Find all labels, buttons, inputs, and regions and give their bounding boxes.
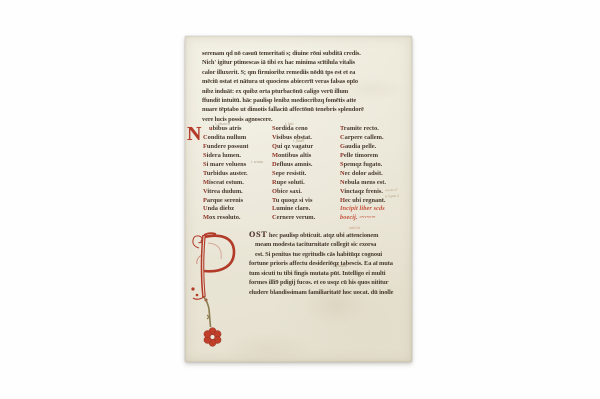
margin-note: vincta al' <box>385 188 398 193</box>
verse-line: Unda diebz <box>203 205 269 214</box>
rubric-incipit-line2: boecij. ·~·~·~ <box>340 214 412 223</box>
verse-line: Fundere possunt <box>203 143 269 152</box>
verse-line: Montibus altis <box>272 152 338 161</box>
rubric-incipit-line1: Incipit liber scds <box>340 205 412 214</box>
verse-line: Hec ubi regnant. <box>340 197 412 206</box>
prose-line: Nich' igitur ptimescas iā tibi ex hac mi… <box>202 58 400 67</box>
verse-line: Gaudia pelle. <box>340 143 412 152</box>
prose-line: vere lucis possis agnoscere. <box>202 115 400 124</box>
interlinear-gloss: i. obscuris <box>215 122 230 126</box>
interlinear-gloss: i. fluui9 <box>293 139 304 143</box>
book2-line: OST hec paulisp obticuit. atqz ubi atten… <box>249 231 400 240</box>
verse-line: ubibus atris <box>203 125 269 134</box>
verse-line: Defluus amnis. <box>272 161 338 170</box>
verse-line: Condita nullum <box>203 134 269 143</box>
verse-line: Qui qz vagatur <box>272 143 338 152</box>
verse-line: Visibus obstat. <box>272 134 338 143</box>
margin-note: et ligata q̄ <box>385 194 399 199</box>
verse-line: Carpere callem. <box>340 134 412 143</box>
interlinear-gloss: i. ventus <box>251 160 263 164</box>
verse-line: Cernere verum. <box>272 214 338 223</box>
verse-line: Lumine claro. <box>272 205 338 214</box>
verse-column-3: Tramite recto. Carpere callem. Gaudia pe… <box>340 125 412 223</box>
verse-line: Turbidus auster. <box>203 170 269 179</box>
book2-line: tum sicuti tu tibi fingis mutata pūt. In… <box>249 269 400 278</box>
verse-line: Vitrea dudum. <box>203 188 269 197</box>
prose-line: ffundit intuitū. hāc paulisp lenibz medi… <box>202 96 400 105</box>
verse-line: Pelle timorem <box>340 152 412 161</box>
photo-background: serenam qd nō casuū temeritati s; diuine… <box>0 0 600 399</box>
verse-line: Nebula mens est. <box>340 179 412 188</box>
book2-line: formes illi9 pdigij fucos. et eo usqz cū… <box>249 278 400 287</box>
book2-line: eludere blandissimam familiaritatē hoc u… <box>249 288 400 297</box>
book2-line: est. Si penitus tue egritudīs cās habitū… <box>255 250 400 259</box>
verse-line: Tramite recto. <box>340 125 412 134</box>
prose-line: calor illuxerit. S; qm firmioribz remedi… <box>202 68 400 77</box>
interlinear-gloss: i. luto <box>285 122 293 126</box>
verse-line: Tu quoqz si vis <box>272 197 338 206</box>
verse-line: Vinctaqz frenis. <box>340 188 412 197</box>
verse-line: Obice saxi. <box>272 188 338 197</box>
display-capitals: OST <box>249 230 267 239</box>
prose-line: nibz induāt: ex quibz orta pturbacōnū ca… <box>202 87 400 96</box>
prose-line: mēciū ostat et nātura ut quociens abiece… <box>202 77 400 86</box>
verse-line: Spemqz fugato. <box>340 161 412 170</box>
manuscript-leaf: serenam qd nō casuū temeritati s; diuine… <box>185 36 412 362</box>
verse-line: Mox resoluto. <box>203 214 269 223</box>
book2-line: fortune prioris affectu desideriōqz tabe… <box>249 259 400 268</box>
book2-paragraph: OST hec paulisp obticuit. atqz ubi atten… <box>202 231 400 297</box>
verse-line: Parque serenis <box>203 197 269 206</box>
book2-line: meam modesta taciturnitate collegit sic … <box>255 240 400 249</box>
prose-line: serenam qd nō casuū temeritati s; diuine… <box>202 49 400 58</box>
verse-line: Misceat estum. <box>203 179 269 188</box>
verse-line: Sordida ceno <box>272 125 338 134</box>
book2-line-text: hec paulisp obticuit. atqz ubi attencion… <box>269 232 378 239</box>
verse-line: Rupe soluti. <box>272 179 338 188</box>
prose-block-top: serenam qd nō casuū temeritati s; diuine… <box>202 49 400 124</box>
rosette-ornament <box>204 328 221 347</box>
verse-line: Sepe resistit. <box>272 170 338 179</box>
verse-column-1: ubibus atris Condita nullum Fundere poss… <box>203 125 269 223</box>
interlinear-gloss: attēcōis <box>349 226 360 230</box>
verse-column-2: Sordida ceno Visibus obstat. Qui qz vaga… <box>272 125 338 223</box>
prose-line: nuare tēptabo ut dimotis fallaciū affect… <box>202 105 400 114</box>
verse-line: Nec dolor adsit. <box>340 170 412 179</box>
interlinear-gloss: s. fortuna <box>333 264 347 268</box>
